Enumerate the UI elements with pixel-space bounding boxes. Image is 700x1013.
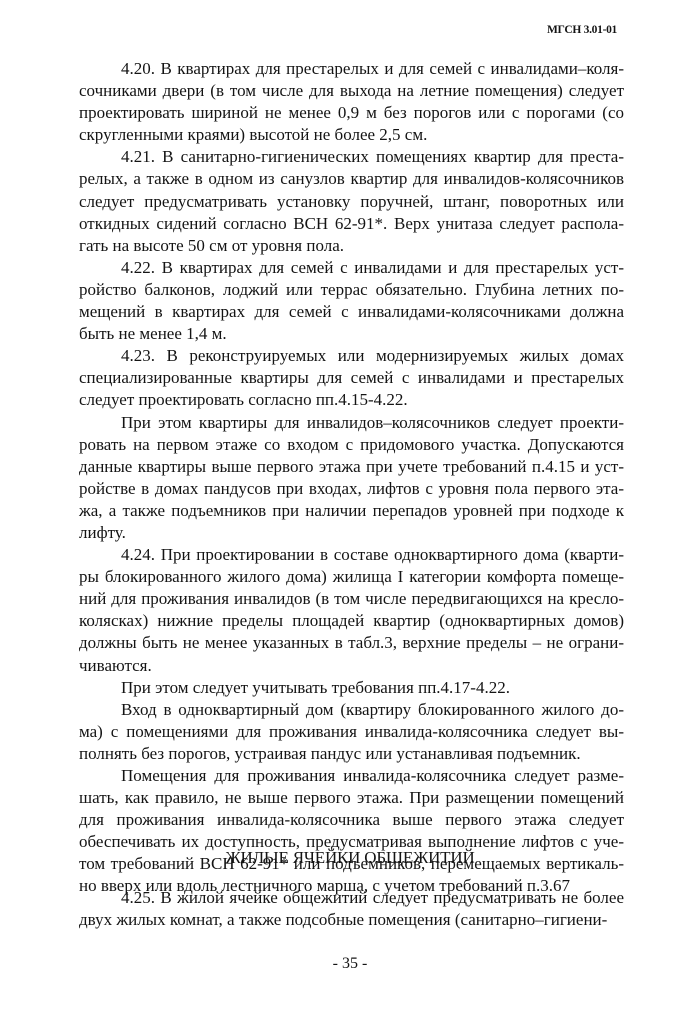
text-line: жа, а также подъемников при наличии пере…	[79, 500, 624, 522]
section-heading: ЖИЛЫЕ ЯЧЕЙКИ ОБЩЕЖИТИЙ	[0, 848, 700, 868]
text-line: скругленными краями) высотой не более 2,…	[79, 124, 624, 146]
text-line: ройство балконов, лоджий или террас обяз…	[79, 279, 624, 301]
text-line: проектировать шириной не менее 0,9 м без…	[79, 102, 624, 124]
page-number: - 35 -	[0, 955, 700, 973]
text-line: 4.22. В квартирах для семей с инвалидами…	[79, 257, 624, 279]
text-line: ры блокированного жилого дома) жилища I …	[79, 566, 624, 588]
text-line: Вход в одноквартирный дом (квартиру блок…	[79, 699, 624, 721]
paragraph-4.25: 4.25. В жилой ячейке общежитий следует п…	[79, 887, 624, 931]
text-line: ройстве в домах пандусов при входах, лиф…	[79, 478, 624, 500]
text-line: ровать на первом этаже со входом с придо…	[79, 434, 624, 456]
paragraph-4.23: 4.23. В реконструируемых или модернизиру…	[79, 345, 624, 411]
text-line: лифту.	[79, 522, 624, 544]
document-code-header: МГСН 3.01-01	[547, 24, 617, 36]
paragraph-4.24-cont2: Вход в одноквартирный дом (квартиру блок…	[79, 699, 624, 765]
text-line: сочниками двери (в том числе для выхода …	[79, 80, 624, 102]
text-line: ма) с помещениями для проживания инвалид…	[79, 721, 624, 743]
paragraph-4.24-cont3: Помещения для проживания инвалида-колясо…	[79, 765, 624, 898]
section-body-text: 4.25. В жилой ячейке общежитий следует п…	[79, 887, 624, 931]
paragraph-4.24-cont1: При этом следует учитывать требования пп…	[79, 677, 624, 699]
text-line: специализированные квартиры для семей с …	[79, 367, 624, 389]
text-line: данные квартиры выше первого этажа при у…	[79, 456, 624, 478]
text-line: следует проектировать согласно пп.4.15-4…	[79, 389, 624, 411]
text-line: релых, а также в одном из санузлов кварт…	[79, 168, 624, 190]
text-line: 4.23. В реконструируемых или модернизиру…	[79, 345, 624, 367]
text-line: чиваются.	[79, 655, 624, 677]
text-line: следует предусматривать установку поручн…	[79, 191, 624, 213]
text-line: откидных сидений согласно ВСН 62-91*. Ве…	[79, 213, 624, 235]
paragraph-4.24: 4.24. При проектировании в составе однок…	[79, 544, 624, 677]
text-line: колясках) нижние пределы площадей кварти…	[79, 610, 624, 632]
paragraph-4.22: 4.22. В квартирах для семей с инвалидами…	[79, 257, 624, 345]
text-line: 4.24. При проектировании в составе однок…	[79, 544, 624, 566]
text-line: гать на высоте 50 см от уровня пола.	[79, 235, 624, 257]
text-line: двух жилых комнат, а также подсобные пом…	[79, 909, 624, 931]
paragraph-4.20: 4.20. В квартирах для престарелых и для …	[79, 58, 624, 146]
text-line: шать, как правило, не выше первого этажа…	[79, 787, 624, 809]
text-line: должны быть не менее указанных в табл.3,…	[79, 632, 624, 654]
text-line: 4.21. В санитарно-гигиенических помещени…	[79, 146, 624, 168]
text-line: При этом квартиры для инвалидов–колясочн…	[79, 412, 624, 434]
text-line: При этом следует учитывать требования пп…	[79, 677, 624, 699]
text-line: для проживания инвалида-колясочника выше…	[79, 809, 624, 831]
text-line: Помещения для проживания инвалида-колясо…	[79, 765, 624, 787]
text-line: ний для проживания инвалидов (в том числ…	[79, 588, 624, 610]
text-line: 4.20. В квартирах для престарелых и для …	[79, 58, 624, 80]
body-text: 4.20. В квартирах для престарелых и для …	[79, 58, 624, 898]
paragraph-4.21: 4.21. В санитарно-гигиенических помещени…	[79, 146, 624, 256]
text-line: 4.25. В жилой ячейке общежитий следует п…	[79, 887, 624, 909]
text-line: мещений в квартирах для семей с инвалида…	[79, 301, 624, 323]
text-line: быть не менее 1,4 м.	[79, 323, 624, 345]
text-line: полнять без порогов, устраивая пандус ил…	[79, 743, 624, 765]
paragraph-4.23-cont: При этом квартиры для инвалидов–колясочн…	[79, 412, 624, 545]
